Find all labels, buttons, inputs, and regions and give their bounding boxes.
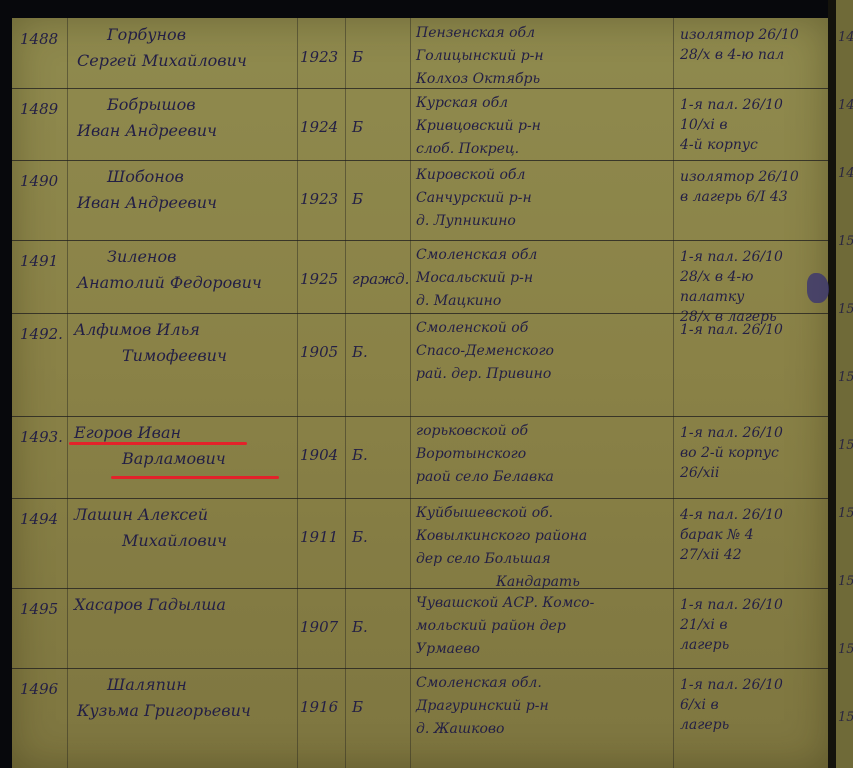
entry-number: 1488	[20, 28, 58, 50]
note-line: 27/xii 42	[680, 544, 742, 566]
birth-year: 1923	[300, 46, 338, 68]
address-line: раой село Белавка	[416, 466, 554, 488]
note-line: барак № 4	[680, 524, 754, 546]
note-line: лагерь	[680, 714, 729, 736]
surname: Зиленов	[107, 246, 176, 268]
edge-number: 14	[838, 166, 853, 181]
surname: Алфимов Илья	[74, 319, 200, 341]
edge-number: 150	[838, 642, 853, 657]
row-divider	[12, 313, 828, 314]
status-mark: Б	[352, 188, 363, 210]
note-line: 1-я пал. 26/10	[680, 594, 783, 616]
address-line: Воротынского	[416, 443, 526, 465]
address-line: рай. дер. Привино	[416, 363, 551, 385]
entry-number: 1494	[20, 508, 58, 530]
note-line: 1-я пал. 26/10	[680, 246, 783, 268]
note-line: 1-я пал. 26/10	[680, 422, 783, 444]
note-line: 21/xi в	[680, 614, 728, 636]
row-divider	[12, 88, 828, 89]
birth-year: 1916	[300, 696, 338, 718]
address-line: Смоленская обл.	[416, 672, 542, 694]
birth-year: 1911	[300, 526, 338, 548]
row-divider	[12, 498, 828, 499]
edge-number: 150	[838, 438, 853, 453]
table-row: 1496ШаляпинКузьма Григорьевич1916БСмолен…	[12, 668, 828, 768]
surname: Шаляпин	[107, 674, 187, 696]
address-line: Кировской обл	[416, 164, 525, 186]
table-row: 1490ШобоновИван Андреевич1923БКировской …	[12, 160, 828, 240]
given-names: Михайлович	[122, 530, 227, 552]
status-mark: Б	[352, 696, 363, 718]
address-line: Смоленская обл	[416, 244, 537, 266]
row-divider	[12, 668, 828, 669]
status-mark: Б.	[352, 526, 368, 548]
given-names: Варламович	[122, 448, 226, 470]
given-names: Иван Андреевич	[77, 192, 217, 214]
surname: Егоров Иван	[74, 422, 181, 444]
register-page: 1488ГорбуновСергей Михайлович1923БПензен…	[12, 18, 828, 768]
edge-number: 150	[838, 506, 853, 521]
row-divider	[12, 588, 828, 589]
edge-number: 150	[838, 574, 853, 589]
edge-number: 14	[838, 30, 853, 45]
address-line: д. Мацкино	[416, 290, 501, 312]
birth-year: 1924	[300, 116, 338, 138]
red-underline	[69, 442, 247, 445]
birth-year: 1923	[300, 188, 338, 210]
status-mark: Б	[352, 46, 363, 68]
note-line: 6/xi в	[680, 694, 719, 716]
note-line: 10/xi в	[680, 114, 728, 136]
address-line: Спасо-Деменского	[416, 340, 554, 362]
address-line: Санчурский р-н	[416, 187, 532, 209]
table-row: 1494Лашин АлексейМихайлович1911Б.Куйбыше…	[12, 498, 828, 588]
note-line: изолятор 26/10	[680, 166, 799, 188]
note-line: 1-я пал. 26/10	[680, 94, 783, 116]
surname: Шобонов	[107, 166, 184, 188]
address-line: слоб. Покрец.	[416, 138, 519, 160]
table-row: 1495Хасаров Гадылша1907Б.Чувашской АСР. …	[12, 588, 828, 668]
edge-number: 150	[838, 302, 853, 317]
ink-blot	[807, 273, 829, 303]
note-line: палатку	[680, 286, 744, 308]
surname: Хасаров Гадылша	[74, 594, 226, 616]
note-line: 1-я пал. 26/10	[680, 674, 783, 696]
status-mark: Б.	[352, 444, 368, 466]
birth-year: 1907	[300, 616, 338, 638]
address-line: Кривцовский р-н	[416, 115, 541, 137]
edge-number: 14	[838, 98, 853, 113]
given-names: Кузьма Григорьевич	[77, 700, 251, 722]
address-line: Драгуринский р-н	[416, 695, 549, 717]
entry-number: 1493.	[20, 426, 63, 448]
address-line: горьковской об	[416, 420, 528, 442]
surname: Лашин Алексей	[74, 504, 208, 526]
address-line: д. Лупникино	[416, 210, 516, 232]
address-line: Пензенская обл	[416, 22, 535, 44]
birth-year: 1905	[300, 341, 338, 363]
address-line: Урмаево	[416, 638, 480, 660]
status-mark: Б.	[352, 616, 368, 638]
address-line: Смоленской об	[416, 317, 528, 339]
table-row: 1493.Егоров ИванВарламович1904Б.горьковс…	[12, 416, 828, 498]
book-gutter	[828, 0, 836, 768]
address-line: Ковылкинского района	[416, 525, 587, 547]
birth-year: 1904	[300, 444, 338, 466]
note-line: изолятор 26/10	[680, 24, 799, 46]
entry-number: 1491	[20, 250, 58, 272]
row-divider	[12, 160, 828, 161]
address-line: мольский район дер	[416, 615, 566, 637]
given-names: Сергей Михайлович	[77, 50, 247, 72]
surname: Бобрышов	[107, 94, 196, 116]
address-line: д. Жашково	[416, 718, 504, 740]
given-names: Анатолий Федорович	[77, 272, 262, 294]
status-mark: гражд.	[352, 268, 409, 290]
entry-number: 1495	[20, 598, 58, 620]
note-line: 28/x в 4-ю	[680, 266, 753, 288]
note-line: во 2-й корпус	[680, 442, 779, 464]
table-row: 1489БобрышовИван Андреевич1924БКурская о…	[12, 88, 828, 160]
table-row: 1492.Алфимов ИльяТимофеевич1905Б.Смоленс…	[12, 313, 828, 416]
status-mark: Б.	[352, 341, 368, 363]
note-line: 4-й корпус	[680, 134, 758, 156]
birth-year: 1925	[300, 268, 338, 290]
status-mark: Б	[352, 116, 363, 138]
entry-number: 1492.	[20, 323, 63, 345]
given-names: Тимофеевич	[122, 345, 227, 367]
address-line: Мосальский р-н	[416, 267, 533, 289]
row-divider	[12, 416, 828, 417]
edge-number: 150	[838, 370, 853, 385]
table-row: 1491ЗиленовАнатолий Федорович1925гражд.С…	[12, 240, 828, 313]
address-line: Колхоз Октябрь	[416, 68, 540, 90]
note-line: в лагерь 6/I 43	[680, 186, 788, 208]
note-line: 28/x в 4-ю пал	[680, 44, 784, 66]
red-underline	[111, 476, 279, 479]
address-line: Чувашской АСР. Комсо-	[416, 592, 594, 614]
edge-number: 15	[838, 234, 853, 249]
address-line: Голицынский р-н	[416, 45, 544, 67]
note-line: 26/xii	[680, 462, 719, 484]
entry-number: 1489	[20, 98, 58, 120]
table-row: 1488ГорбуновСергей Михайлович1923БПензен…	[12, 18, 828, 88]
address-line: Куйбышевской об.	[416, 502, 553, 524]
note-line: 1-я пал. 26/10	[680, 319, 783, 341]
given-names: Иван Андреевич	[77, 120, 217, 142]
edge-number: 150	[838, 710, 853, 725]
surname: Горбунов	[107, 24, 186, 46]
address-line: дер село Большая	[416, 548, 551, 570]
note-line: 4-я пал. 26/10	[680, 504, 783, 526]
note-line: лагерь	[680, 634, 729, 656]
entry-number: 1496	[20, 678, 58, 700]
entry-number: 1490	[20, 170, 58, 192]
address-line: Курская обл	[416, 92, 508, 114]
row-divider	[12, 240, 828, 241]
